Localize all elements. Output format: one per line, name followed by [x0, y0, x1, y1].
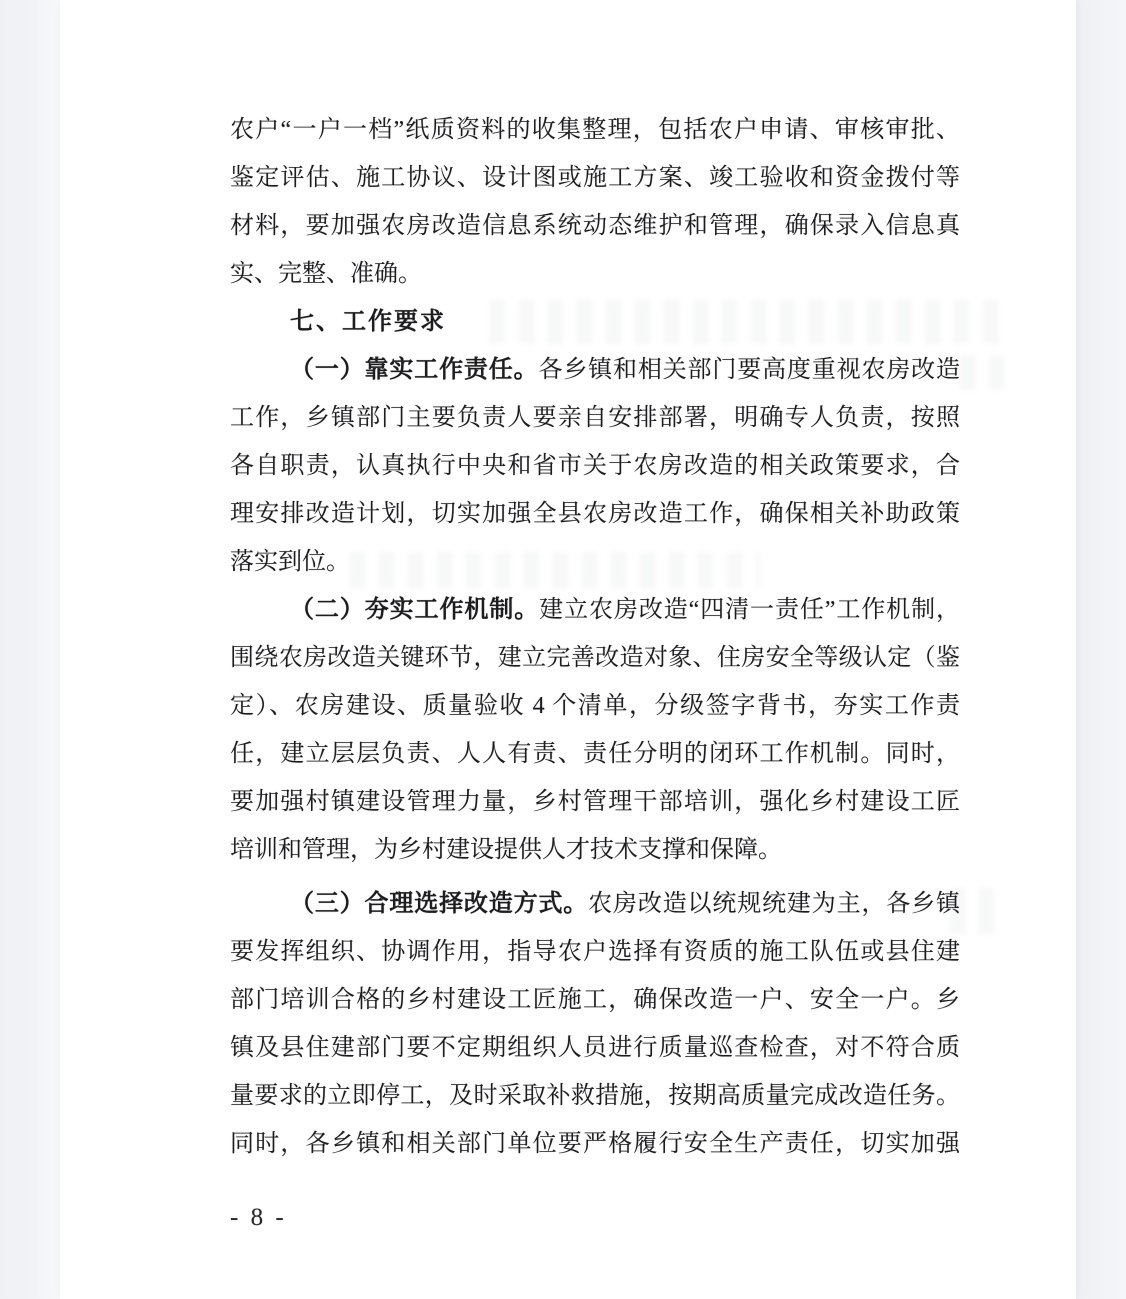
paragraph-line: 要加强村镇建设管理力量，乡村管理干部培训，强化乡村建设工匠: [230, 778, 960, 826]
paragraph-line: （二）夯实工作机制。建立农房改造“四清一责任”工作机制，: [230, 586, 960, 634]
paragraph-line: 材料，要加强农房改造信息系统动态维护和管理，确保录入信息真: [230, 202, 960, 250]
paragraph-line: 任，建立层层负责、人人有责、责任分明的闭环工作机制。同时，: [230, 730, 960, 778]
item-body-text: 农房改造以统规统建为主，各乡镇: [588, 891, 960, 917]
paragraph-line: 落实到位。: [230, 538, 960, 586]
document-text-block: 农户“一户一档”纸质资料的收集整理，包括农户申请、审核审批、 鉴定评估、施工协议…: [230, 106, 960, 1242]
section-heading-block: 七、工作要求: [230, 298, 960, 346]
scan-bleed-artifact: [960, 356, 1008, 390]
item-head-label: （二）夯实工作机制。: [290, 597, 539, 623]
paragraph-line: 实、完整、准确。: [230, 250, 960, 298]
paragraph-line: 农户“一户一档”纸质资料的收集整理，包括农户申请、审核审批、: [230, 106, 960, 154]
paragraph-line: 同时，各乡镇和相关部门单位要严格履行安全生产责任，切实加强: [230, 1120, 960, 1168]
item-body-text: 建立农房改造“四清一责任”工作机制，: [539, 597, 960, 623]
paragraph-line: 鉴定评估、施工协议、设计图或施工方案、竣工验收和资金拨付等: [230, 154, 960, 202]
section-heading: 七、工作要求: [230, 298, 960, 346]
document-page: 农户“一户一档”纸质资料的收集整理，包括农户申请、审核审批、 鉴定评估、施工协议…: [60, 0, 1076, 1299]
paragraph-line: 工作，乡镇部门主要负责人要亲自安排部署，明确专人负责，按照: [230, 394, 960, 442]
paragraph-line: 部门培训合格的乡村建设工匠施工，确保改造一户、安全一户。乡: [230, 976, 960, 1024]
paragraph-line: 量要求的立即停工，及时采取补救措施，按期高质量完成改造任务。: [230, 1072, 960, 1120]
paragraph-item-3: （三）合理选择改造方式。农房改造以统规统建为主，各乡镇 要发挥组织、协调作用，指…: [230, 880, 960, 1168]
scanned-document-viewport[interactable]: 农户“一户一档”纸质资料的收集整理，包括农户申请、审核审批、 鉴定评估、施工协议…: [0, 0, 1126, 1299]
paragraph-line: （三）合理选择改造方式。农房改造以统规统建为主，各乡镇: [230, 880, 960, 928]
item-body-text: 各乡镇和相关部门要高度重视农房改造: [538, 357, 960, 383]
item-head-label: （三）合理选择改造方式。: [290, 891, 588, 917]
paragraph-line: 培训和管理，为乡村建设提供人才技术支撑和保障。: [230, 826, 960, 874]
paragraph-line: 理安排改造计划，切实加强全县农房改造工作，确保相关补助政策: [230, 490, 960, 538]
paragraph-line: 镇及县住建部门要不定期组织人员进行质量巡查检查，对不符合质: [230, 1024, 960, 1072]
paragraph-item-2: （二）夯实工作机制。建立农房改造“四清一责任”工作机制， 围绕农房改造关键环节，…: [230, 586, 960, 874]
paragraph-line: （一）靠实工作责任。各乡镇和相关部门要高度重视农房改造: [230, 346, 960, 394]
page-number: - 8 -: [230, 1194, 960, 1242]
paragraph-intro: 农户“一户一档”纸质资料的收集整理，包括农户申请、审核审批、 鉴定评估、施工协议…: [230, 106, 960, 298]
paragraph-line: 各自职责，认真执行中央和省市关于农房改造的相关政策要求，合: [230, 442, 960, 490]
paragraph-item-1: （一）靠实工作责任。各乡镇和相关部门要高度重视农房改造 工作，乡镇部门主要负责人…: [230, 346, 960, 586]
paragraph-line: 围绕农房改造关键环节，建立完善改造对象、住房安全等级认定（鉴: [230, 634, 960, 682]
viewer-gutter-left: [0, 0, 60, 1299]
paragraph-line: 定）、农房建设、质量验收 4 个清单，分级签字背书，夯实工作责: [230, 682, 960, 730]
paragraph-line: 要发挥组织、协调作用，指导农户选择有资质的施工队伍或县住建: [230, 928, 960, 976]
item-head-label: （一）靠实工作责任。: [290, 357, 538, 383]
viewer-gutter-right: [1076, 0, 1126, 1299]
